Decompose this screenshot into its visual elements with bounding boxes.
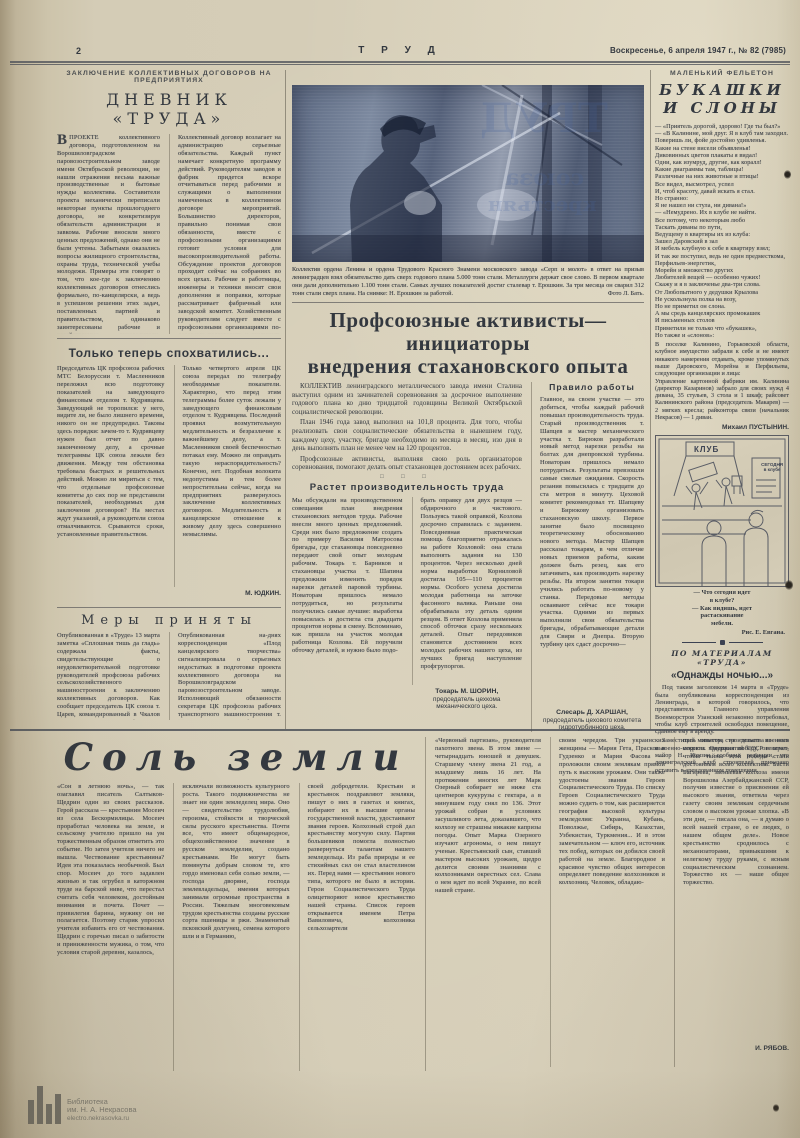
lead-paragraph: Профсоюзные активисты, выполняя свою рол… — [292, 455, 522, 472]
signature-role: председатель цехкома механического цеха. — [433, 696, 501, 711]
sol-zemli-right-half: «Червоный партизан», руководителя пахотн… — [425, 737, 789, 1071]
section-dnevnik-truda: ЗАКЛЮЧЕНИЕ КОЛЛЕКТИВНЫХ ДОГОВОРОВ НА ПРЕ… — [57, 70, 281, 720]
article-column: своей добродетели. Крестьян и крестьянок… — [299, 783, 415, 1071]
article-column: Председатель ЦК профсоюза рабочих МТС Бе… — [57, 365, 165, 603]
article-column: щий опытом, не делает из него секрета. О… — [683, 737, 789, 1042]
photo-caption: Коллектив ордена Ленина и ордена Трудово… — [292, 266, 644, 298]
feuilleton-kicker: МАЛЕНЬКИЙ ФЕЛЬЕТОН — [655, 70, 789, 77]
lead-paragraph: План 1946 года завод выполнил на 101,8 п… — [292, 418, 522, 452]
sol-zemli-left-half: Соль земли «Сон в летнюю ночь», — так оз… — [57, 737, 415, 1071]
headline-line-2: внедрения стахановского опыта — [292, 355, 644, 378]
article-column: Главное, на своем участке — это добиться… — [540, 396, 644, 706]
article-right-column: Правило работы Главное, на своем участке… — [531, 382, 644, 732]
article-column: Коллективный договор возлагает на админи… — [169, 134, 281, 334]
divider-rule — [57, 607, 281, 608]
article-title-mery: Меры приняты — [57, 613, 281, 628]
stamp-line: им. Н. А. Некрасова — [67, 1106, 137, 1115]
article-column: Опубликованная в «Труде» 13 марта заметк… — [57, 632, 160, 720]
section-sol-zemli: Соль земли «Сон в летнюю ночь», — так оз… — [57, 737, 789, 1071]
photo-caption-text: Коллектив ордена Ленина и ордена Трудово… — [292, 266, 644, 297]
followup-title: «Однажды ночью...» — [655, 670, 789, 681]
library-logo-icon — [28, 1086, 61, 1124]
cartoon-poster-text: СЕГОДНЯ в клубе — [761, 462, 783, 472]
section-profsoyuz: Коллектив ордена Ленина и ордена Трудово… — [292, 70, 644, 732]
cartoon-drawing: КЛУБ СЕГОДНЯ в клубе — [655, 435, 789, 587]
article-column: «Червоный партизан», руководителя пахотн… — [435, 737, 541, 1067]
article-column: брать оправку для двух резцов — обдирочн… — [412, 497, 523, 685]
stamp-url: electro.nekrasovka.ru — [67, 1115, 137, 1124]
library-stamp: Библиотека им. Н. А. Некрасова electro.n… — [28, 1086, 137, 1124]
author-signature: Токарь М. ШОРИН, председатель цехкома ме… — [412, 688, 523, 711]
article-title-sol-zemli: Соль земли — [57, 737, 415, 779]
author-signature: Михаил ПУСТЫНИН. — [655, 424, 789, 431]
column-divider — [285, 70, 286, 729]
lead-paragraph: КОЛЛЕКТИВ ленинградского металлического … — [292, 382, 522, 416]
article-column: Только четвертого апреля ЦК союза переда… — [174, 365, 282, 587]
cartoon-sketch — [656, 436, 788, 586]
subheading-productivity: Растет производительность труда — [292, 482, 522, 493]
stain-speck — [784, 170, 791, 179]
lead-paragraphs: КОЛЛЕКТИВ ленинградского металлического … — [292, 382, 522, 472]
author-signature: М. ЮДКИН. — [174, 590, 282, 597]
section-rule — [10, 729, 790, 731]
cartoon-caption: — Что сегодня идет в клубе? — Как видишь… — [655, 589, 789, 627]
author-signature: И. РЯБОВ. — [683, 1045, 789, 1052]
article-title-dnevnik: ДНЕВНИК «ТРУДА» — [57, 90, 281, 128]
main-headline: Профсоюзные активисты—инициаторы внедрен… — [292, 309, 644, 378]
newspaper-page-scan: 2 Т Р У Д Воскресенье, 6 апреля 1947 г.,… — [0, 0, 800, 1138]
stain-speck — [773, 1104, 779, 1112]
ornament-divider — [655, 640, 789, 645]
steelworker-photo — [292, 85, 644, 262]
header-rule — [10, 61, 790, 65]
article-column: Мы обсуждали на производственном совещан… — [292, 497, 403, 709]
article-column: «Сон в летнюю ночь», — так озаглавил пис… — [57, 783, 164, 1071]
article-title-spohvatilis: Только теперь спохватились... — [57, 346, 281, 360]
article-left-area: КОЛЛЕКТИВ ленинградского металлического … — [292, 382, 522, 732]
cartoon-credit: Рис. Е. Евгана. — [655, 629, 785, 636]
feuilleton-title-line2: И СЛОНЫ — [655, 99, 789, 117]
date-issue-line: Воскресенье, 6 апреля 1947 г., № 82 (798… — [610, 46, 786, 55]
feuilleton-title-line1: БУКАШКИ — [655, 81, 789, 99]
photo-credit: Фото Л. Бать. — [608, 290, 644, 298]
divider-rule — [292, 302, 644, 303]
feuilleton-title: БУКАШКИ И СЛОНЫ — [655, 81, 789, 117]
subheading-pravilo: Правило работы — [540, 382, 644, 392]
feuilleton-verse: — «Приятель дорогой, здорово! Где ты был… — [655, 123, 789, 339]
column-divider — [650, 70, 651, 729]
page-header: 2 Т Р У Д Воскресенье, 6 апреля 1947 г.,… — [10, 44, 790, 60]
section-kicker: ЗАКЛЮЧЕНИЕ КОЛЛЕКТИВНЫХ ДОГОВОРОВ НА ПРЕ… — [57, 70, 281, 84]
feuilleton-prose: В поселке Калинино, Горьковской области,… — [655, 341, 789, 421]
cartoon-club-sign: КЛУБ — [694, 445, 719, 454]
article-column: Опубликованная на-днях корреспонденция «… — [169, 632, 281, 720]
followup-kicker: ПО МАТЕРИАЛАМ «ТРУДА» — [655, 649, 789, 667]
library-stamp-text: Библиотека им. Н. А. Некрасова electro.n… — [67, 1098, 137, 1125]
article-column: своим чередом. Три украинских женщины — … — [550, 737, 665, 1067]
followup-paragraph: Под таким заголовком 14 марта в «Труде» … — [655, 684, 789, 735]
photo-illustration — [292, 85, 644, 262]
squares-separator: □ □ □ — [292, 474, 522, 480]
stain-speck — [785, 580, 793, 590]
section-feuilleton: МАЛЕНЬКИЙ ФЕЛЬЕТОН БУКАШКИ И СЛОНЫ — «Пр… — [655, 70, 789, 776]
divider-rule — [57, 338, 281, 339]
signature-name: Слесарь Д. ХАРШАН, — [556, 709, 628, 716]
signature-name: Токарь М. ШОРИН, — [435, 688, 498, 695]
article-column: В ПРОЕКТЕ коллективного договора, подгот… — [57, 134, 160, 334]
headline-line-1: Профсоюзные активисты—инициаторы — [292, 309, 644, 355]
article-column: исключали возможность культурного роста.… — [173, 783, 289, 1071]
